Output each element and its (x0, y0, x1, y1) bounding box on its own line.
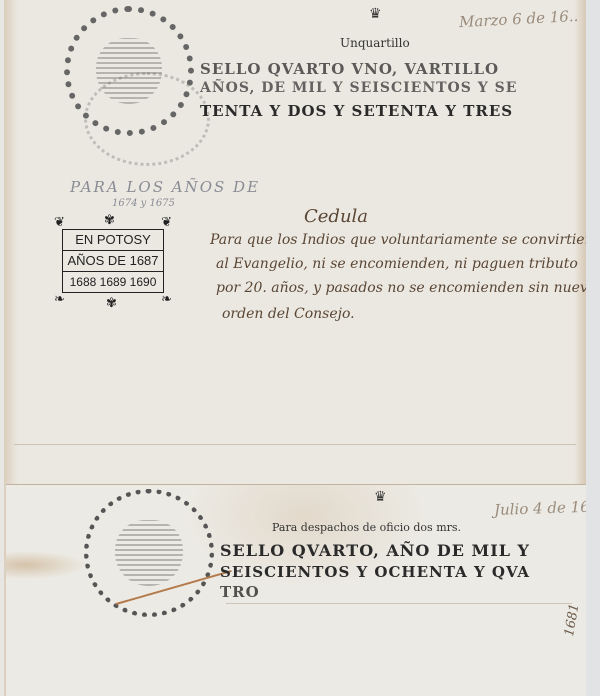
stamp-line-3: TENTA Y DOS Y SETENTA Y TRES (200, 102, 513, 120)
body-line-2: al Evangelio, ni se encomienden, ni pagu… (216, 256, 578, 272)
ornament-icon: ❦ (161, 215, 172, 230)
date-annotation-upper: Marzo 6 de 16.. (459, 7, 579, 31)
stamp-line-1: SELLO QVARTO VNO, VARTILLO (200, 60, 499, 78)
background-edge (586, 0, 600, 696)
crown-icon: ♛ (369, 6, 382, 22)
stamp-line-2: SEISCIENTOS Y OCHENTA Y QVA (220, 563, 530, 581)
potosi-revalidation-stamp: ❦ ❦ ✾ ❧ ❧ ✾ EN POTOSY AÑOS DE 1687 1688 … (54, 215, 172, 307)
seal-shadow (84, 72, 210, 166)
body-line-4: orden del Consejo. (222, 306, 355, 322)
stamp-row: AÑOS DE 1687 (63, 251, 163, 272)
fold-line (226, 603, 572, 604)
coat-of-arms-icon (115, 520, 182, 586)
ornament-icon: ❧ (161, 292, 172, 307)
stamp-heading-lower: Para despachos de oficio dos mrs. (272, 521, 461, 534)
stamp-heading-upper: Unquartillo (340, 36, 410, 50)
stamp-row: EN POTOSY (63, 230, 163, 251)
stamp-line-2: AÑOS, DE MIL Y SEISCIENTOS Y SE (200, 80, 517, 96)
ornament-icon: ❧ (54, 292, 65, 307)
document-title: Cedula (304, 206, 368, 227)
ornament-icon: ✾ (106, 296, 117, 311)
faded-overprint-line1: PARA LOS AÑOS DE (70, 178, 260, 196)
fold-line (14, 444, 576, 445)
body-line-1: Para que los Indios que voluntariamente … (210, 232, 600, 248)
body-line-3: por 20. años, y pasados no se encomiende… (216, 280, 596, 296)
margin-number: 1681 (562, 602, 583, 637)
date-annotation-lower: Julio 4 de 1684 (494, 497, 600, 519)
ornament-icon: ❦ (54, 215, 65, 230)
stamp-line-3: TRO (220, 583, 260, 601)
royal-seal-lower (84, 489, 214, 617)
stamp-frame: EN POTOSY AÑOS DE 1687 1688 1689 1690 (62, 229, 164, 293)
faded-overprint-line2: 1674 y 1675 (112, 198, 175, 209)
ornament-icon: ✾ (104, 213, 115, 228)
crown-icon: ♛ (374, 489, 387, 505)
lower-sheet: ♛ Julio 4 de 1684 Para despachos de ofic… (6, 484, 592, 696)
stamp-row: 1688 1689 1690 (63, 272, 163, 292)
stamp-line-1: SELLO QVARTO, AÑO DE MIL Y (220, 541, 530, 560)
